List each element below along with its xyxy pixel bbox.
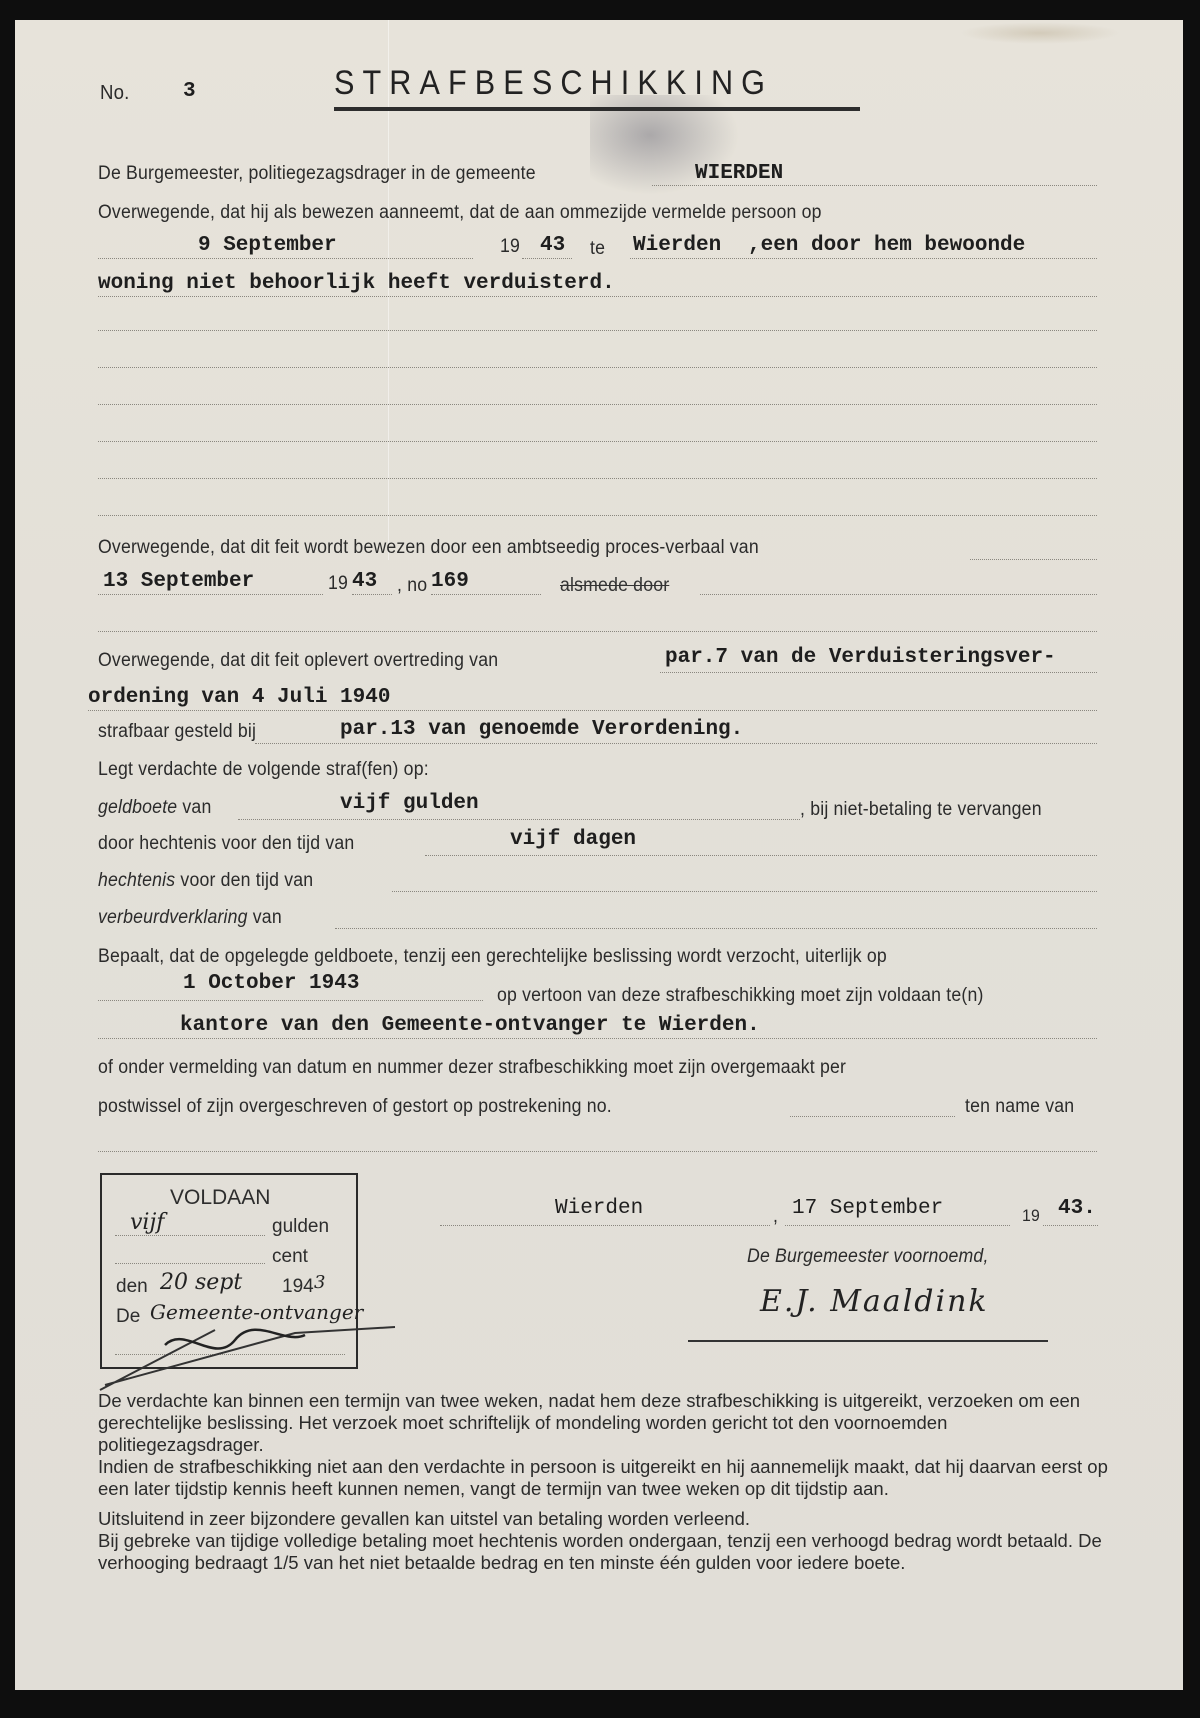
violation-text-line1: par.7 van de Verduisteringsver- [665,646,1056,669]
violation-field-line [660,672,1097,673]
blank-line-6 [98,515,1097,516]
fine-label: geldboete van [98,797,211,819]
due-suffix: op vertoon van deze strafbeschikking moe… [497,985,984,1007]
note-paragraph-1: De verdachte kan binnen een termijn van … [98,1390,1108,1456]
fine-label-italic: geldboete [98,797,177,818]
offence-place: Wierden [633,234,721,257]
detention-alternative-label: door hechtenis voor den tijd van [98,833,354,855]
evidence-blank-line [98,631,1097,632]
detention-label: hechtenis voor den tijd van [98,870,313,892]
voldaan-signature-scrawl [95,1305,405,1395]
violation-continuation-line [88,710,1097,711]
struck-also-by-label: alsmede door [560,575,669,597]
blank-line-5 [98,478,1097,479]
detention-field-line [392,891,1097,892]
offence-description-line [98,296,1097,297]
blank-line-3 [98,404,1097,405]
violation-label: Overwegende, dat dit feit oplevert overt… [98,650,498,672]
title-underline [334,107,860,111]
evidence-date: 13 September [103,570,254,593]
document-number-label: No. [100,82,130,105]
penalties-intro: Legt verdachte de volgende straf(fen) op… [98,759,429,781]
postal-account-line [790,1116,955,1117]
fine-suffix: , bij niet-betaling te vervangen [800,799,1042,821]
payment-place: kantore van den Gemeente-ontvanger te Wi… [180,1014,760,1037]
offence-description-line1: ,een door hem bewoonde [748,234,1025,257]
signature-date-line [785,1225,1010,1226]
fine-value: vijf gulden [340,792,479,815]
due-date: 1 October 1943 [183,972,359,995]
signature-place: Wierden [555,1197,643,1220]
offence-date: 9 September [198,234,337,257]
punishable-label: strafbaar gesteld bij [98,721,256,743]
municipality-field-line [652,185,1097,186]
blank-line-2 [98,367,1097,368]
mayor-signature-underline [688,1340,1048,1342]
signature-comma: , [773,1206,778,1228]
punishable-text: par.13 van genoemde Verordening. [340,718,743,741]
also-by-line [700,594,1097,595]
voldaan-gulden-label: gulden [272,1216,329,1238]
evidence-no-label: , no [397,575,427,597]
detention-alternative-line [425,855,1097,856]
voldaan-amount-handwritten: vijf [130,1210,164,1235]
signature-date: 17 September [792,1197,943,1220]
fine-label-rest: van [182,797,211,818]
evidence-field-line [970,559,1097,560]
signature-year-prefix: 19 [1022,1206,1040,1226]
payment-label: Bepaalt, dat de opgelegde geldboete, ten… [98,946,887,968]
blank-line-4 [98,441,1097,442]
violation-text-line2: ordening van 4 Juli 1940 [88,686,390,709]
note-paragraph-3: Uitsluitend in zeer bijzondere gevallen … [98,1508,1108,1530]
mayor-label: De Burgemeester, politiegezagsdrager in … [98,163,536,185]
offence-year: 43 [540,234,565,257]
forfeiture-label: verbeurdverklaring van [98,907,282,929]
offence-place-line [630,258,1097,259]
detention-alternative-value: vijf dagen [510,828,636,851]
in-name-of-line [98,1151,1097,1152]
offence-date-line [98,258,473,259]
voldaan-year-handwritten: 3 [314,1272,325,1293]
consideration-label: Overwegende, dat hij als bewezen aanneem… [98,202,822,224]
forfeiture-field-line [335,928,1097,929]
te-label: te [590,238,605,260]
evidence-number: 169 [431,570,469,593]
evidence-year-line [352,594,392,595]
voldaan-cent-line [115,1263,265,1264]
voldaan-date-handwritten: 20 sept [160,1270,242,1295]
mayor-role-label: De Burgemeester voornoemd, [747,1246,989,1268]
voldaan-year-printed: 194 [282,1276,314,1298]
paper-stain [960,22,1120,44]
forfeiture-label-italic: verbeurdverklaring [98,907,248,928]
voldaan-gulden-line [115,1235,265,1236]
evidence-year-prefix: 19 [328,573,348,595]
mayor-signature: E.J. Maaldink [760,1284,989,1319]
voldaan-title: VOLDAAN [170,1186,270,1210]
voldaan-den-label: den [116,1276,148,1298]
payment-place-line [98,1038,1097,1039]
signature-place-line [440,1225,770,1226]
evidence-year: 43 [352,570,377,593]
blank-line-1 [98,330,1097,331]
legal-notes: De verdachte kan binnen een termijn van … [98,1390,1108,1574]
evidence-label: Overwegende, dat dit feit wordt bewezen … [98,537,759,559]
due-date-line [98,1000,483,1001]
detention-label-italic: hechtenis [98,870,175,891]
document-number-value: 3 [183,80,196,103]
voldaan-cent-label: cent [272,1246,308,1268]
evidence-date-line [98,594,323,595]
fine-field-line [238,819,800,820]
note-paragraph-2: Indien de strafbeschikking niet aan den … [98,1456,1108,1500]
detention-label-rest: voor den tijd van [180,870,313,891]
signature-year: 43. [1058,1197,1096,1220]
year-prefix: 19 [500,236,520,258]
offence-year-line [522,258,572,259]
in-name-of-label: ten name van [965,1096,1074,1118]
punishable-field-line [255,743,1097,744]
signature-year-line [1043,1225,1098,1226]
municipality-value: WIERDEN [695,162,783,185]
offence-description-line2: woning niet behoorlijk heeft verduisterd… [98,272,615,295]
evidence-number-line [431,594,541,595]
payment-alternative-line1: of onder vermelding van datum en nummer … [98,1057,846,1079]
document-title: STRAFBESCHIKKING [334,64,773,103]
note-paragraph-4: Bij gebreke van tijdige volledige betali… [98,1530,1108,1574]
payment-alternative-line2: postwissel of zijn overgeschreven of ges… [98,1096,612,1118]
forfeiture-label-rest: van [253,907,282,928]
